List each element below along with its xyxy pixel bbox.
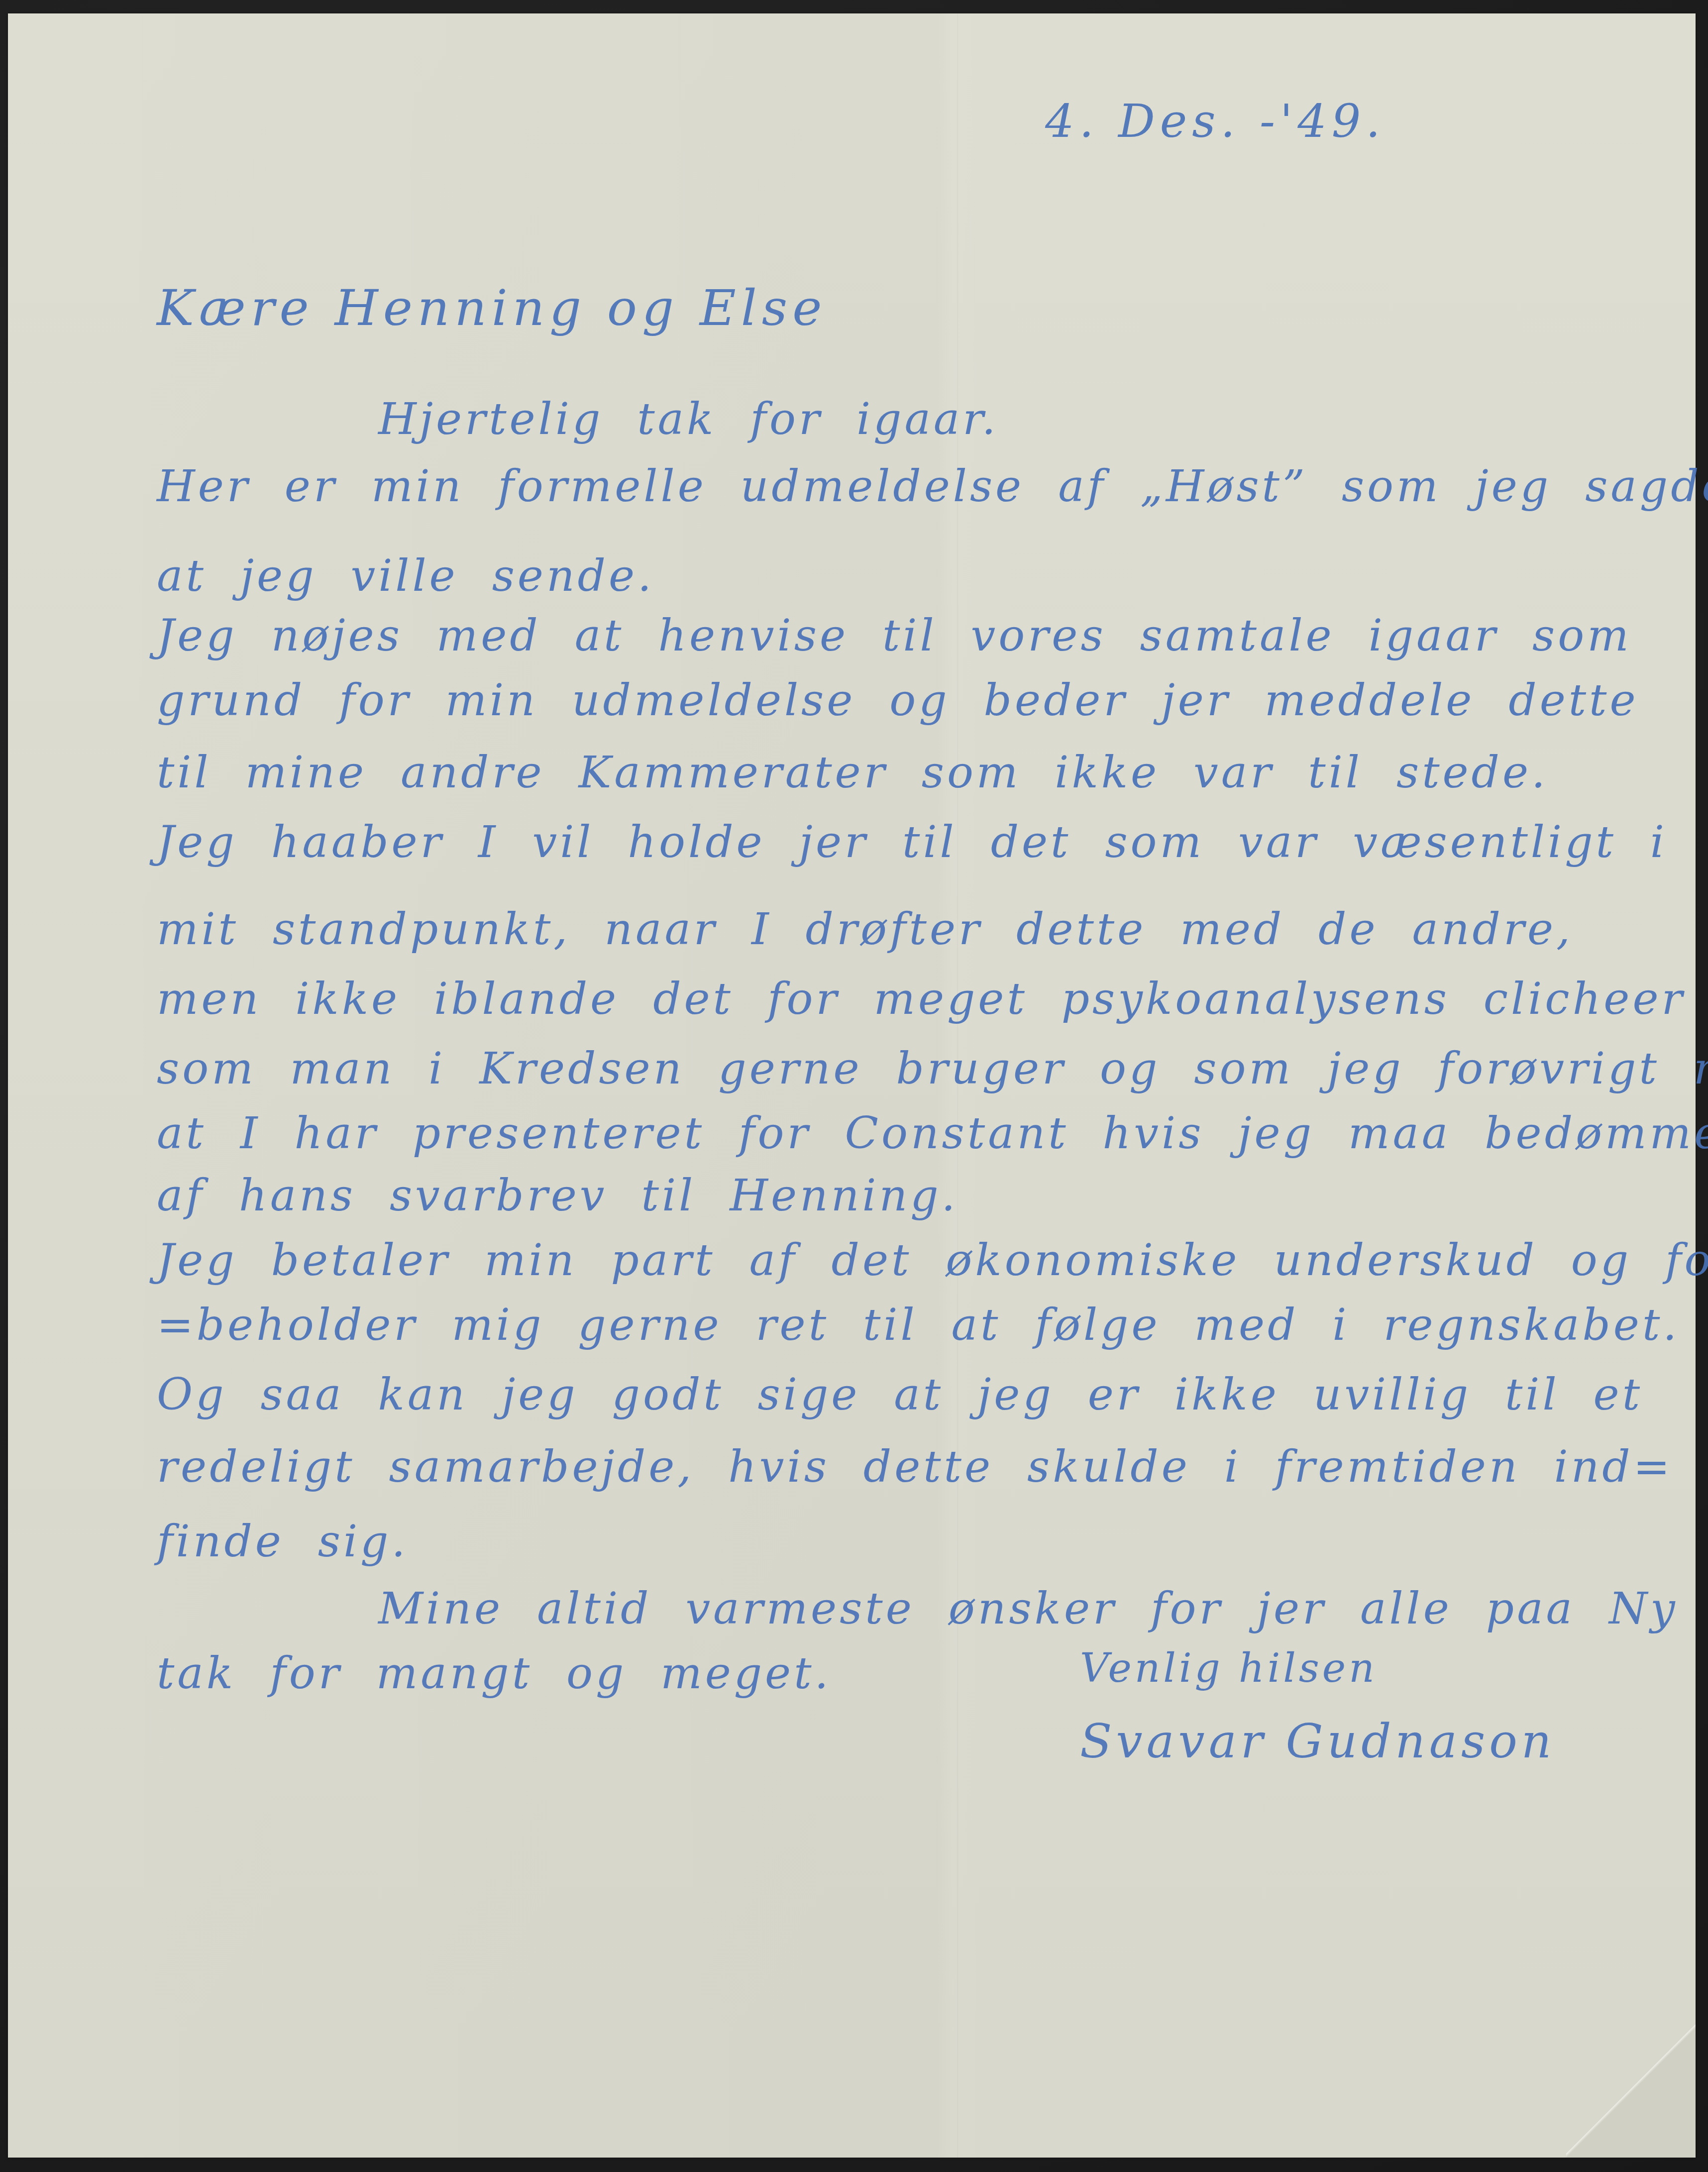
letter-salutation: Kære Henning og Else xyxy=(157,279,827,337)
letter-line: at jeg ville sende. xyxy=(157,550,654,601)
letter-line: af hans svarbrev til Henning. xyxy=(157,1170,958,1221)
letter-line: som man i Kredsen gerne bruger og som je… xyxy=(157,1043,1708,1094)
letter-line: Her er min formelle udmeldelse af „Høst”… xyxy=(157,460,1708,512)
letter-line: Jeg betaler min part af det økonomiske u… xyxy=(157,1234,1708,1286)
letter-line: men ikke iblande det for meget psykoanal… xyxy=(157,973,1686,1024)
letter-line: Hjertelig tak for igaar. xyxy=(378,393,999,444)
letter-line: til mine andre Kammerater som ikke var t… xyxy=(157,747,1548,798)
letter-date: 4. Des. -'49. xyxy=(1045,95,1386,148)
letter-line: grund for min udmeldelse og beder jer me… xyxy=(157,674,1639,726)
letter-line: redeligt samarbejde, hvis dette skulde i… xyxy=(157,1441,1673,1492)
letter-closing: Venlig hilsen xyxy=(1080,1645,1378,1691)
letter-line: =beholder mig gerne ret til at følge med… xyxy=(157,1299,1680,1350)
letter-line: Og saa kan jeg godt sige at jeg er ikke … xyxy=(157,1369,1643,1420)
letter-line: tak for mangt og meget. xyxy=(157,1647,832,1699)
letter-line: Mine altid varmeste ønsker for jer alle … xyxy=(378,1583,1708,1634)
letter-line: Jeg haaber I vil holde jer til det som v… xyxy=(157,816,1667,868)
letter-signature: Svavar Gudnason xyxy=(1080,1715,1555,1769)
folded-corner xyxy=(1566,2023,1696,2158)
letter-line: mit standpunkt, naar I drøfter dette med… xyxy=(157,903,1573,955)
letter-line: finde sig. xyxy=(157,1516,408,1567)
letter-line: at I har presenteret for Constant hvis j… xyxy=(157,1107,1708,1159)
letter-line: Jeg nøjes med at henvise til vores samta… xyxy=(157,610,1632,661)
